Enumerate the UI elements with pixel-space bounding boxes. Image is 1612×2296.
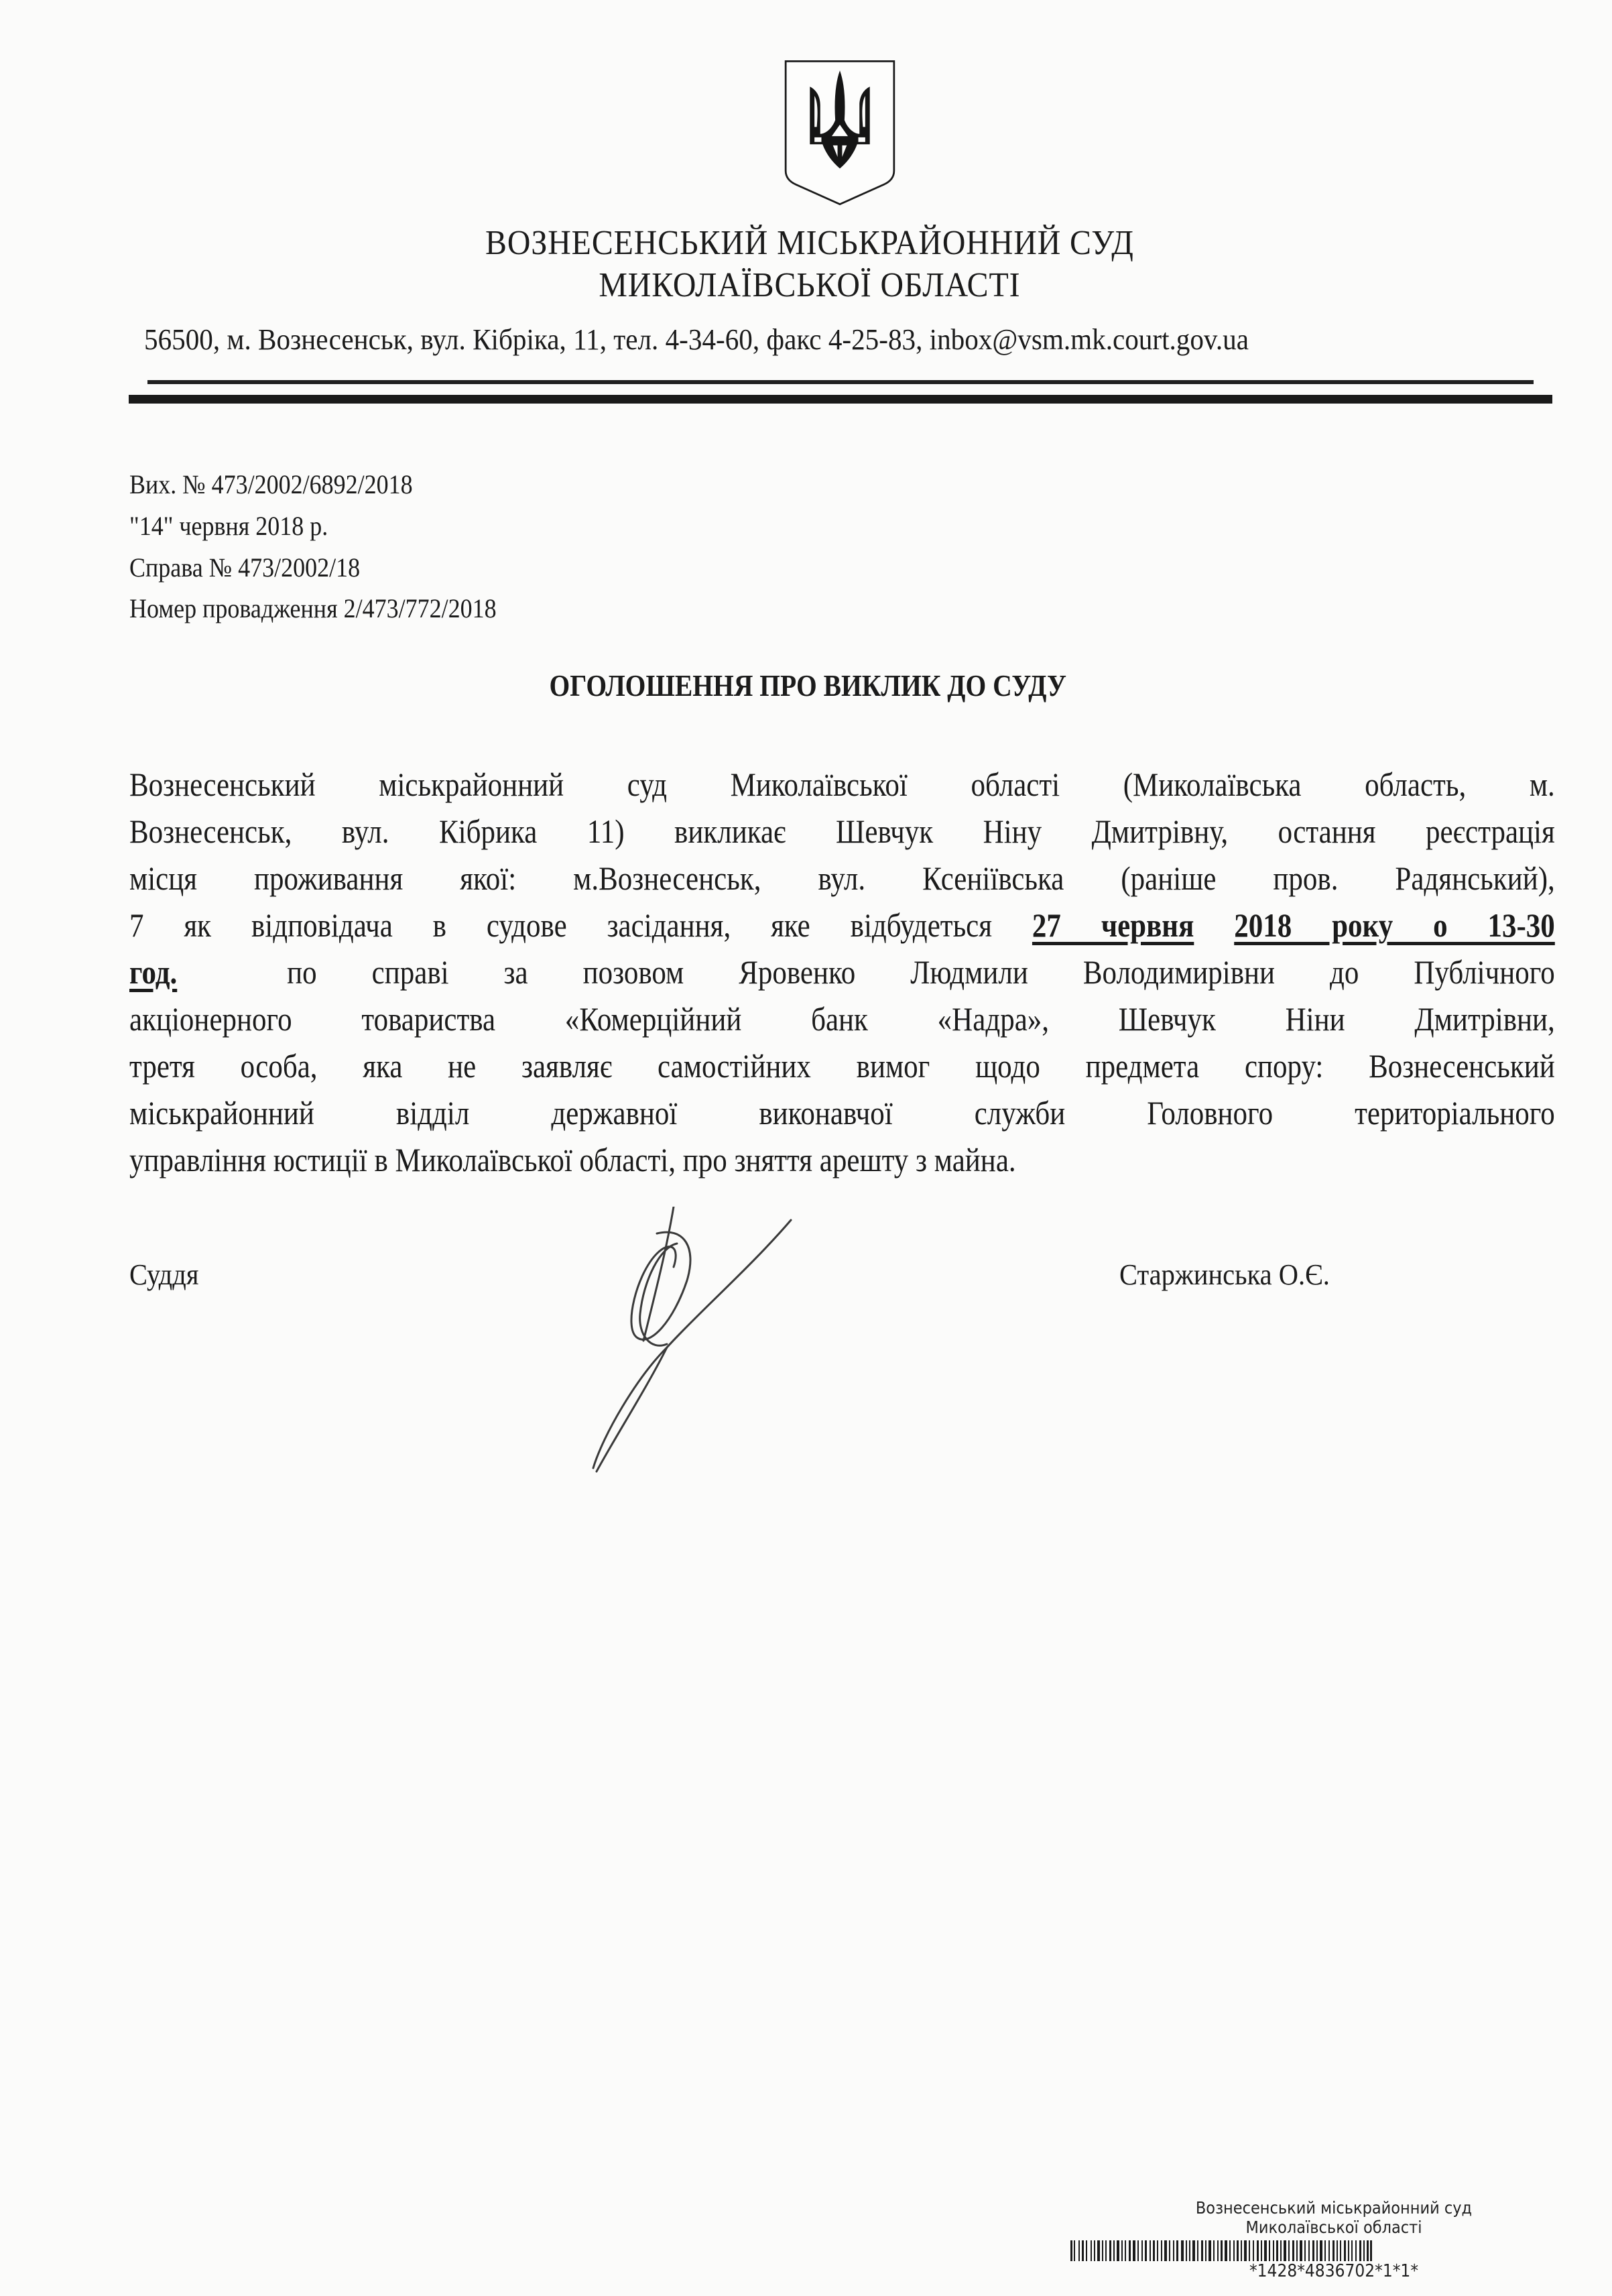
body-line: третя особа, яка не заявляє самостійних … — [129, 1049, 1555, 1083]
registry-stamp: Вознесенський міськрайонний суд Миколаїв… — [1059, 2199, 1609, 2280]
handwritten-signature-icon — [530, 1207, 945, 1502]
court-address: 56500, м. Вознесенськ, вул. Кібріка, 11,… — [144, 325, 1249, 355]
body-text: 7 як відповідача в судове засідання, яке… — [129, 906, 992, 944]
outgoing-number: Вих. № 473/2002/6892/2018 — [129, 471, 413, 498]
body-line: управління юстиції в Миколаївської облас… — [129, 1143, 1555, 1176]
barcode-icon — [1070, 2240, 1373, 2261]
hearing-date: 27 червня — [1032, 906, 1194, 944]
court-name-line1: ВОЗНЕСЕНСЬКИЙ МІСЬКРАЙОННИЙ СУД — [68, 226, 1552, 261]
body-line: місця проживання якої: м.Вознесенськ, ву… — [129, 861, 1555, 895]
body-line: міськрайонний відділ державної виконавчо… — [129, 1096, 1555, 1130]
body-line: Вознесенський міськрайонний суд Миколаїв… — [129, 768, 1555, 801]
body-text: по справі за позовом Яровенко Людмили Во… — [287, 953, 1555, 991]
header-divider-thin — [147, 380, 1534, 384]
proceeding-number: Номер провадження 2/473/772/2018 — [129, 595, 497, 622]
document-date: "14" червня 2018 р. — [129, 513, 328, 540]
header-divider-thick — [129, 395, 1552, 404]
hearing-year-time: 2018 року о 13-30 — [1234, 906, 1555, 944]
body-line: акціонерного товариства «Комерційний бан… — [129, 1002, 1555, 1036]
case-number: Справа № 473/2002/18 — [129, 554, 360, 581]
body-line: Вознесенськ, вул. Кібрика 11) викликає Ш… — [129, 814, 1555, 848]
stamp-court-line1: Вознесенський міськрайонний суд — [1087, 2199, 1581, 2218]
stamp-court-line2: Миколаївської області — [1087, 2218, 1581, 2238]
court-name-line2: МИКОЛАЇВСЬКОЇ ОБЛАСТІ — [68, 268, 1552, 303]
coat-of-arms-icon — [782, 57, 897, 208]
judge-role: Суддя — [129, 1260, 199, 1290]
hearing-hour-label: год. — [129, 953, 177, 991]
judge-name: Старжинська О.Є. — [1119, 1260, 1330, 1290]
body-line: год. по справі за позовом Яровенко Людми… — [129, 955, 1555, 989]
barcode-number: *1428*4836702*1*1* — [1087, 2262, 1581, 2280]
body-line: 7 як відповідача в судове засідання, яке… — [129, 908, 1555, 942]
document-heading: ОГОЛОШЕННЯ ПРО ВИКЛИК ДО СУДУ — [115, 670, 1501, 701]
